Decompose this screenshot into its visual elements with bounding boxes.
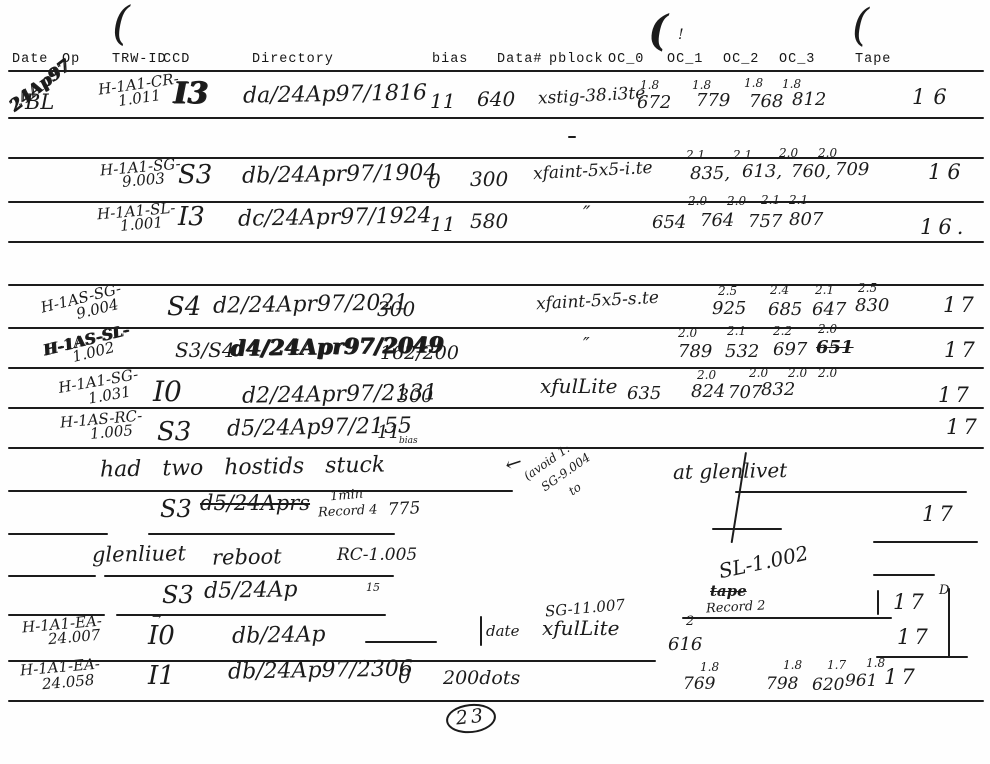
r8-ccd: S3 bbox=[160, 497, 192, 521]
pen-mark-paren-mid: ( bbox=[648, 10, 668, 52]
r2-oc1: 764 bbox=[700, 212, 734, 230]
rule-line bbox=[148, 533, 395, 535]
r0-pblock: xstig-38.i3te bbox=[538, 85, 646, 108]
r1-oc2: 760, bbox=[791, 163, 831, 181]
r4-oc0-exp: 2.0 bbox=[678, 327, 697, 339]
r9-reboot-word: reboot bbox=[212, 546, 282, 568]
r4-pblock-ditto: ″ bbox=[583, 336, 590, 354]
r7-diagonal-note: (avoid 1: SG-9.004 to bbox=[520, 433, 606, 517]
r8-tape: 17 bbox=[922, 504, 957, 525]
rule-line bbox=[365, 641, 437, 643]
r8-record-note: Record 4 bbox=[318, 503, 378, 519]
r4-ccd: S3/S4 bbox=[175, 340, 235, 360]
r12-tape: 17 bbox=[884, 667, 919, 688]
r5-tape: 17 bbox=[938, 385, 973, 406]
r5-oc1: 824 bbox=[691, 383, 725, 401]
pen-mark-paren-right: ( bbox=[852, 4, 869, 48]
r2-directory: dc/24Apr97/1924 bbox=[238, 205, 432, 230]
r12-oc1-exp: 1.8 bbox=[783, 659, 802, 671]
scanned-log-page: ( ( ! ( Date Op TRW-ID CCD Directory bia… bbox=[0, 0, 990, 764]
r1-oc1-exp: 2.1 bbox=[733, 149, 752, 161]
col-header-oc2: OC_2 bbox=[723, 52, 759, 67]
rule-line bbox=[8, 447, 984, 449]
r1-oc1: 613, bbox=[742, 163, 782, 181]
r1-ccd: S3 bbox=[178, 162, 212, 188]
corner-letter-mark: D bbox=[939, 584, 949, 597]
col-header-bias: bias bbox=[432, 52, 468, 67]
r6-bias-subscript: bias bbox=[399, 437, 418, 446]
r0-bias: 11 bbox=[430, 91, 455, 111]
r4-oc2: 697 bbox=[773, 341, 807, 359]
r2-oc3-exp: 2.1 bbox=[789, 194, 808, 206]
r0-oc0: 672 bbox=[637, 94, 671, 112]
r11-oc0-exp: 2 bbox=[686, 615, 694, 628]
col-header-oc1: OC_1 bbox=[667, 52, 703, 67]
col-header-date: Date bbox=[12, 52, 48, 67]
r9-sl-note: SL-1.002 bbox=[717, 543, 810, 581]
r3-oc0-exp: 2.5 bbox=[718, 285, 737, 297]
r4-oc2-exp: 2.2 bbox=[773, 325, 792, 337]
r0-oc1: 779 bbox=[696, 92, 730, 110]
r0-oc2: 768 bbox=[749, 93, 783, 111]
r5-oc3-exp: 2.0 bbox=[818, 367, 837, 379]
col-header-oc3: OC_3 bbox=[779, 52, 815, 67]
r4-oc3-exp: 2.0 bbox=[818, 323, 837, 335]
r1-oc0: 835, bbox=[690, 165, 730, 183]
r3-bias: 300 bbox=[377, 299, 415, 319]
r11-ccd: I0 bbox=[148, 623, 175, 649]
rule-line bbox=[873, 541, 978, 543]
r0-ccd: I3 bbox=[173, 79, 208, 109]
rule-line bbox=[8, 533, 108, 535]
r5-bias: 300 bbox=[397, 387, 433, 406]
r3-oc0: 925 bbox=[712, 300, 746, 318]
rule-line bbox=[8, 284, 984, 286]
rule-line bbox=[8, 367, 984, 369]
r5-pblock: xfulLite bbox=[540, 376, 618, 396]
r12-oc2-exp: 1.7 bbox=[827, 659, 846, 671]
r6-bias: 11 bbox=[377, 424, 400, 442]
r3-oc3: 830 bbox=[855, 297, 889, 315]
r3-oc1: 685 bbox=[768, 301, 802, 319]
r1-oc3: 709 bbox=[835, 161, 869, 179]
r11-date-word: date bbox=[486, 624, 519, 639]
rule-line bbox=[8, 241, 984, 243]
r4-tape: 17 bbox=[944, 340, 979, 361]
r5-oc0-exp: 2.0 bbox=[697, 369, 716, 381]
col-header-pblock: pblock bbox=[549, 52, 604, 67]
r0-data-num: 640 bbox=[477, 89, 515, 109]
r11-tape: 17 bbox=[897, 627, 932, 648]
r0-directory: da/24Ap97/1816 bbox=[243, 82, 427, 107]
ink-bar bbox=[948, 588, 950, 658]
r6-tape: 17 bbox=[946, 417, 981, 438]
r2-ccd: I3 bbox=[178, 204, 205, 230]
r5-ccd: I0 bbox=[153, 378, 182, 406]
r0-oc2-exp: 1.8 bbox=[744, 77, 763, 89]
r5-oc2-exp: 2.0 bbox=[788, 367, 807, 379]
r10-ccd: S3 bbox=[162, 583, 194, 607]
r3-tape: 17 bbox=[943, 295, 978, 316]
r9-glenliuet-word: glenliuet bbox=[92, 543, 186, 566]
r2-bias: 11 bbox=[430, 214, 455, 234]
r12-oc0: 769 bbox=[683, 676, 715, 693]
r12-data-num: 200dots bbox=[443, 669, 520, 688]
r1-data-num: 300 bbox=[470, 169, 508, 189]
rule-line bbox=[8, 700, 984, 702]
page-number: 23 bbox=[445, 701, 498, 735]
r1-oc2-exp: 2.0 bbox=[779, 147, 798, 159]
r0-op: BL bbox=[25, 92, 54, 113]
col-header-tape: Tape bbox=[855, 52, 891, 67]
r7-hostids-note: had two hostids stuck bbox=[100, 455, 386, 482]
r12-oc0-exp: 1.8 bbox=[700, 661, 719, 673]
r6-trw-id: 1.005 bbox=[89, 423, 133, 442]
r1-oc3-exp: 2.0 bbox=[818, 147, 837, 159]
r12-directory: db/24Ap97/2306 bbox=[228, 658, 413, 683]
r11-oc0: 616 bbox=[668, 636, 702, 654]
rule-line bbox=[104, 575, 394, 577]
r8-directory: d5/24Aprs bbox=[200, 493, 310, 514]
r1-directory: db/24Apr97/1904 bbox=[242, 162, 438, 187]
r2-oc3: 807 bbox=[789, 211, 823, 229]
r11-pblock: xfulLite bbox=[542, 618, 620, 638]
r10-record2-note: Record 2 bbox=[706, 599, 766, 615]
ink-bar bbox=[877, 590, 879, 615]
r4-oc1: 532 bbox=[725, 343, 759, 361]
r4-oc3-crossed-out: 651 bbox=[816, 339, 854, 357]
r12-ccd: I1 bbox=[148, 663, 175, 689]
r12-oc2: 620 bbox=[812, 677, 844, 694]
r4-oc0: 789 bbox=[678, 343, 712, 361]
r1-tape: 16 bbox=[928, 162, 967, 183]
r8-value: 775 bbox=[388, 500, 421, 519]
r1-trw-id: 9.003 bbox=[121, 171, 165, 190]
r3-ccd: S4 bbox=[167, 294, 201, 320]
r3-oc3-exp: 2.5 bbox=[858, 282, 877, 294]
r3-pblock: xfaint-5x5-s.te bbox=[536, 290, 660, 313]
r6-ccd: S3 bbox=[157, 419, 191, 445]
r1-bias: 0 bbox=[428, 171, 441, 191]
r8-record-note: 1min bbox=[329, 488, 363, 504]
r12-oc1: 798 bbox=[766, 676, 798, 693]
rule-line bbox=[682, 617, 892, 619]
r4-bias: 162/200 bbox=[380, 344, 459, 363]
r11-trw-id: 24.007 bbox=[47, 628, 101, 648]
r5-trw-id: 1.031 bbox=[87, 384, 132, 406]
col-header-data-num: Data# bbox=[497, 52, 543, 67]
rule-line bbox=[568, 136, 576, 138]
r0-oc0-exp: 1.8 bbox=[640, 79, 659, 91]
rule-line bbox=[873, 574, 935, 576]
rule-line bbox=[712, 528, 782, 530]
ink-bar bbox=[480, 616, 482, 646]
rule-line bbox=[8, 117, 984, 119]
r3-oc2-exp: 2.1 bbox=[815, 284, 834, 296]
r7-glenlivet-note: at glenlivet bbox=[673, 460, 788, 482]
pen-mark-paren-left: ( bbox=[112, 0, 130, 46]
r2-oc1-exp: 2.0 bbox=[727, 195, 746, 207]
rule-line bbox=[8, 327, 984, 329]
r2-trw-id: 1.001 bbox=[119, 215, 163, 234]
r3-oc1-exp: 2.4 bbox=[770, 284, 789, 296]
rule-line bbox=[735, 491, 967, 493]
rule-line bbox=[8, 575, 96, 577]
r5-oc3: 832 bbox=[761, 381, 795, 399]
col-header-ccd: CCD bbox=[163, 52, 190, 67]
r5-oc1-exp: 2.0 bbox=[749, 367, 768, 379]
pen-mark-tick: ! bbox=[678, 28, 684, 42]
r12-oc3: 961 bbox=[845, 673, 877, 690]
r2-oc2: 757 bbox=[748, 213, 782, 231]
r9-sub-note: 15 bbox=[366, 582, 380, 593]
r2-tape: 16. bbox=[920, 217, 968, 238]
r2-data-num: 580 bbox=[470, 211, 508, 231]
rule-line bbox=[876, 656, 968, 658]
r2-oc2-exp: 2.1 bbox=[761, 194, 780, 206]
r12-bias: 0 bbox=[398, 666, 411, 686]
r5-oc0: 635 bbox=[627, 385, 661, 403]
r10-directory: d5/24Ap bbox=[204, 579, 298, 603]
r10-tape: 17 bbox=[893, 592, 928, 613]
r2-oc0: 654 bbox=[652, 214, 686, 232]
r12-trw-id: 24.058 bbox=[41, 673, 95, 693]
r2-oc0-exp: 2.0 bbox=[688, 195, 707, 207]
r4-oc1-exp: 2.1 bbox=[727, 325, 746, 337]
r10-crossed-word: tape bbox=[710, 584, 747, 599]
r11-directory: db/24Ap bbox=[232, 624, 326, 648]
r12-oc3-exp: 1.8 bbox=[866, 657, 885, 669]
r9-rc-id: RC-1.005 bbox=[337, 547, 417, 564]
col-header-directory: Directory bbox=[252, 52, 334, 67]
r3-oc2: 647 bbox=[812, 301, 846, 319]
r1-pblock: xfaint-5x5-i.te bbox=[533, 160, 653, 183]
r0-oc3: 812 bbox=[792, 91, 826, 109]
r0-tape: 16 bbox=[912, 87, 955, 108]
r5-oc2: 707 bbox=[728, 384, 762, 402]
r1-oc0-exp: 2.1 bbox=[686, 149, 705, 161]
col-header-oc0: OC_0 bbox=[608, 52, 644, 67]
col-header-trw-id: TRW-ID bbox=[112, 52, 167, 67]
r2-pblock-ditto: ″ bbox=[583, 203, 590, 223]
r0-trw-id: 1.011 bbox=[117, 88, 162, 109]
